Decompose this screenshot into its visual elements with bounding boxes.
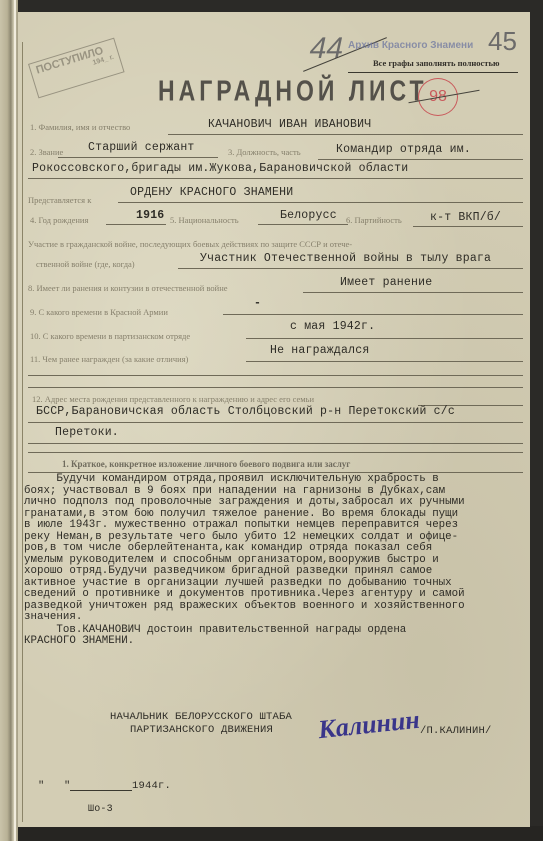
narrative-line: в июле 1943г. мужественно отражал попытк…: [24, 520, 465, 532]
binder-highlight: [14, 0, 16, 841]
field-9-value: -: [254, 297, 261, 310]
field-3-value-line2: Рокоссовского,бригады им.Жукова,Баранови…: [32, 162, 408, 175]
instruction-note: Все графы заполнять полностью: [373, 58, 499, 68]
signatory-title-line2: ПАРТИЗАНСКОГО ДВИЖЕНИЯ: [130, 724, 273, 736]
field-9-line: [223, 314, 523, 315]
signatory-name: /П.КАЛИНИН/: [420, 725, 492, 737]
field-6-value: к-т ВКП/б/: [430, 211, 501, 224]
field-10-label: 10. С какого времени в партизанском отря…: [30, 331, 190, 341]
field-4-label: 4. Год рождения: [30, 215, 88, 225]
narrative-line: хорошо отряд.Будучи разведчиком бригадно…: [24, 566, 465, 578]
page-title: НАГРАДНОЙ ЛИСТ: [158, 74, 428, 108]
field-12-value-line1: БССР,Барановичская область Столбцовский …: [36, 405, 455, 418]
field-5-value: Белорусс: [280, 209, 337, 222]
field-6-line: [413, 226, 523, 227]
field-11-label: 11. Чем ранее награжден (за какие отличи…: [30, 354, 188, 364]
blank-line-3: [28, 452, 523, 453]
blank-line-1: [28, 375, 523, 376]
date-quote: " ": [38, 780, 71, 792]
narrative-line: значения.: [24, 612, 465, 624]
field-3-line: [318, 159, 523, 160]
narrative-line: сведений о противнике и документов проти…: [24, 589, 465, 601]
field-11-value: Не награждался: [270, 344, 369, 357]
date-year: 1944г.: [132, 780, 171, 792]
section-heading: 1. Краткое, конкретное изложение личного…: [62, 459, 350, 469]
handwritten-signature: Калинин: [317, 705, 421, 745]
presented-value: ОРДЕНУ КРАСНОГО ЗНАМЕНИ: [130, 186, 293, 199]
field-12-value-line2: Перетоки.: [55, 426, 119, 439]
instruction-underline: [348, 72, 518, 73]
field-5-label: 5. Национальность: [170, 215, 239, 225]
field-4-value: 1916: [136, 209, 164, 222]
field-3-line2: [28, 178, 523, 179]
scan-border-bottom: [18, 826, 543, 841]
page-number-pencil: 45: [488, 26, 517, 57]
signatory-title-line1: НАЧАЛЬНИК БЕЛОРУССКОГО ШТАБА: [110, 711, 292, 723]
field-7-line: [178, 268, 523, 269]
field-8-label: 8. Имеет ли ранения и контузии в отечест…: [28, 283, 228, 293]
narrative-text: Будучи командиром отряда,проявил исключи…: [24, 474, 465, 648]
field-8-line: [303, 292, 523, 293]
field-2-line: [58, 157, 218, 158]
narrative-line: ров,в том числе оберлейтенанта,как коман…: [24, 543, 465, 555]
field-7-label-line1: Участие в гражданской войне, последующих…: [28, 239, 352, 249]
margin-rule: [22, 42, 23, 822]
field-3-label: 3. Должность, часть: [228, 147, 301, 157]
conclusion-line: КРАСНОГО ЗНАМЕНИ.: [24, 636, 465, 648]
field-5-line: [258, 224, 348, 225]
field-10-value: с мая 1942г.: [290, 320, 375, 333]
field-1-line: [168, 134, 523, 135]
presented-label: Представляется к: [28, 195, 91, 205]
archive-stamp: Архив Красного Знамени: [348, 40, 473, 51]
field-11-line: [246, 361, 523, 362]
field-3-value: Командир отряда им.: [336, 143, 471, 156]
field-1-label: 1. Фамилия, имя и отчество: [30, 122, 130, 132]
field-7-value: Участник Отечественной войны в тылу враг…: [200, 252, 491, 265]
date-blank-line: [70, 790, 132, 791]
field-12-line2: [28, 443, 523, 444]
field-8-value: Имеет ранение: [340, 276, 432, 289]
field-1-value: КАЧАНОВИЧ ИВАН ИВАНОВИЧ: [208, 118, 371, 131]
field-12-line1: [28, 422, 523, 423]
field-2-label: 2. Звание: [30, 147, 63, 157]
field-10-line: [246, 338, 523, 339]
received-stamp: ПОСТУПИЛО 194_ г.: [28, 38, 125, 99]
field-4-line: [106, 224, 166, 225]
narrative-line: Будучи командиром отряда,проявил исключи…: [24, 474, 465, 486]
narrative-line: лично подполз под проволочные заграждени…: [24, 497, 465, 509]
field-6-label: 6. Партийность: [346, 215, 402, 225]
field-7-label-line2: ственной войне (где, когда): [36, 259, 135, 269]
narrative-line: разведкой уничтожен ряд вражеских объект…: [24, 601, 465, 613]
scan-border-right: [530, 0, 543, 841]
field-9-label: 9. С какого времени в Красной Армии: [30, 307, 168, 317]
blank-line-2: [28, 387, 523, 388]
presented-line: [118, 202, 523, 203]
reference-code: Шо-3: [88, 804, 113, 815]
field-2-value: Старший сержант: [88, 141, 195, 154]
field-12-label: 12. Адрес места рождения представленного…: [32, 394, 314, 404]
award-sheet-page: 45 44 Архив Красного Знамени Все графы з…: [18, 12, 530, 827]
